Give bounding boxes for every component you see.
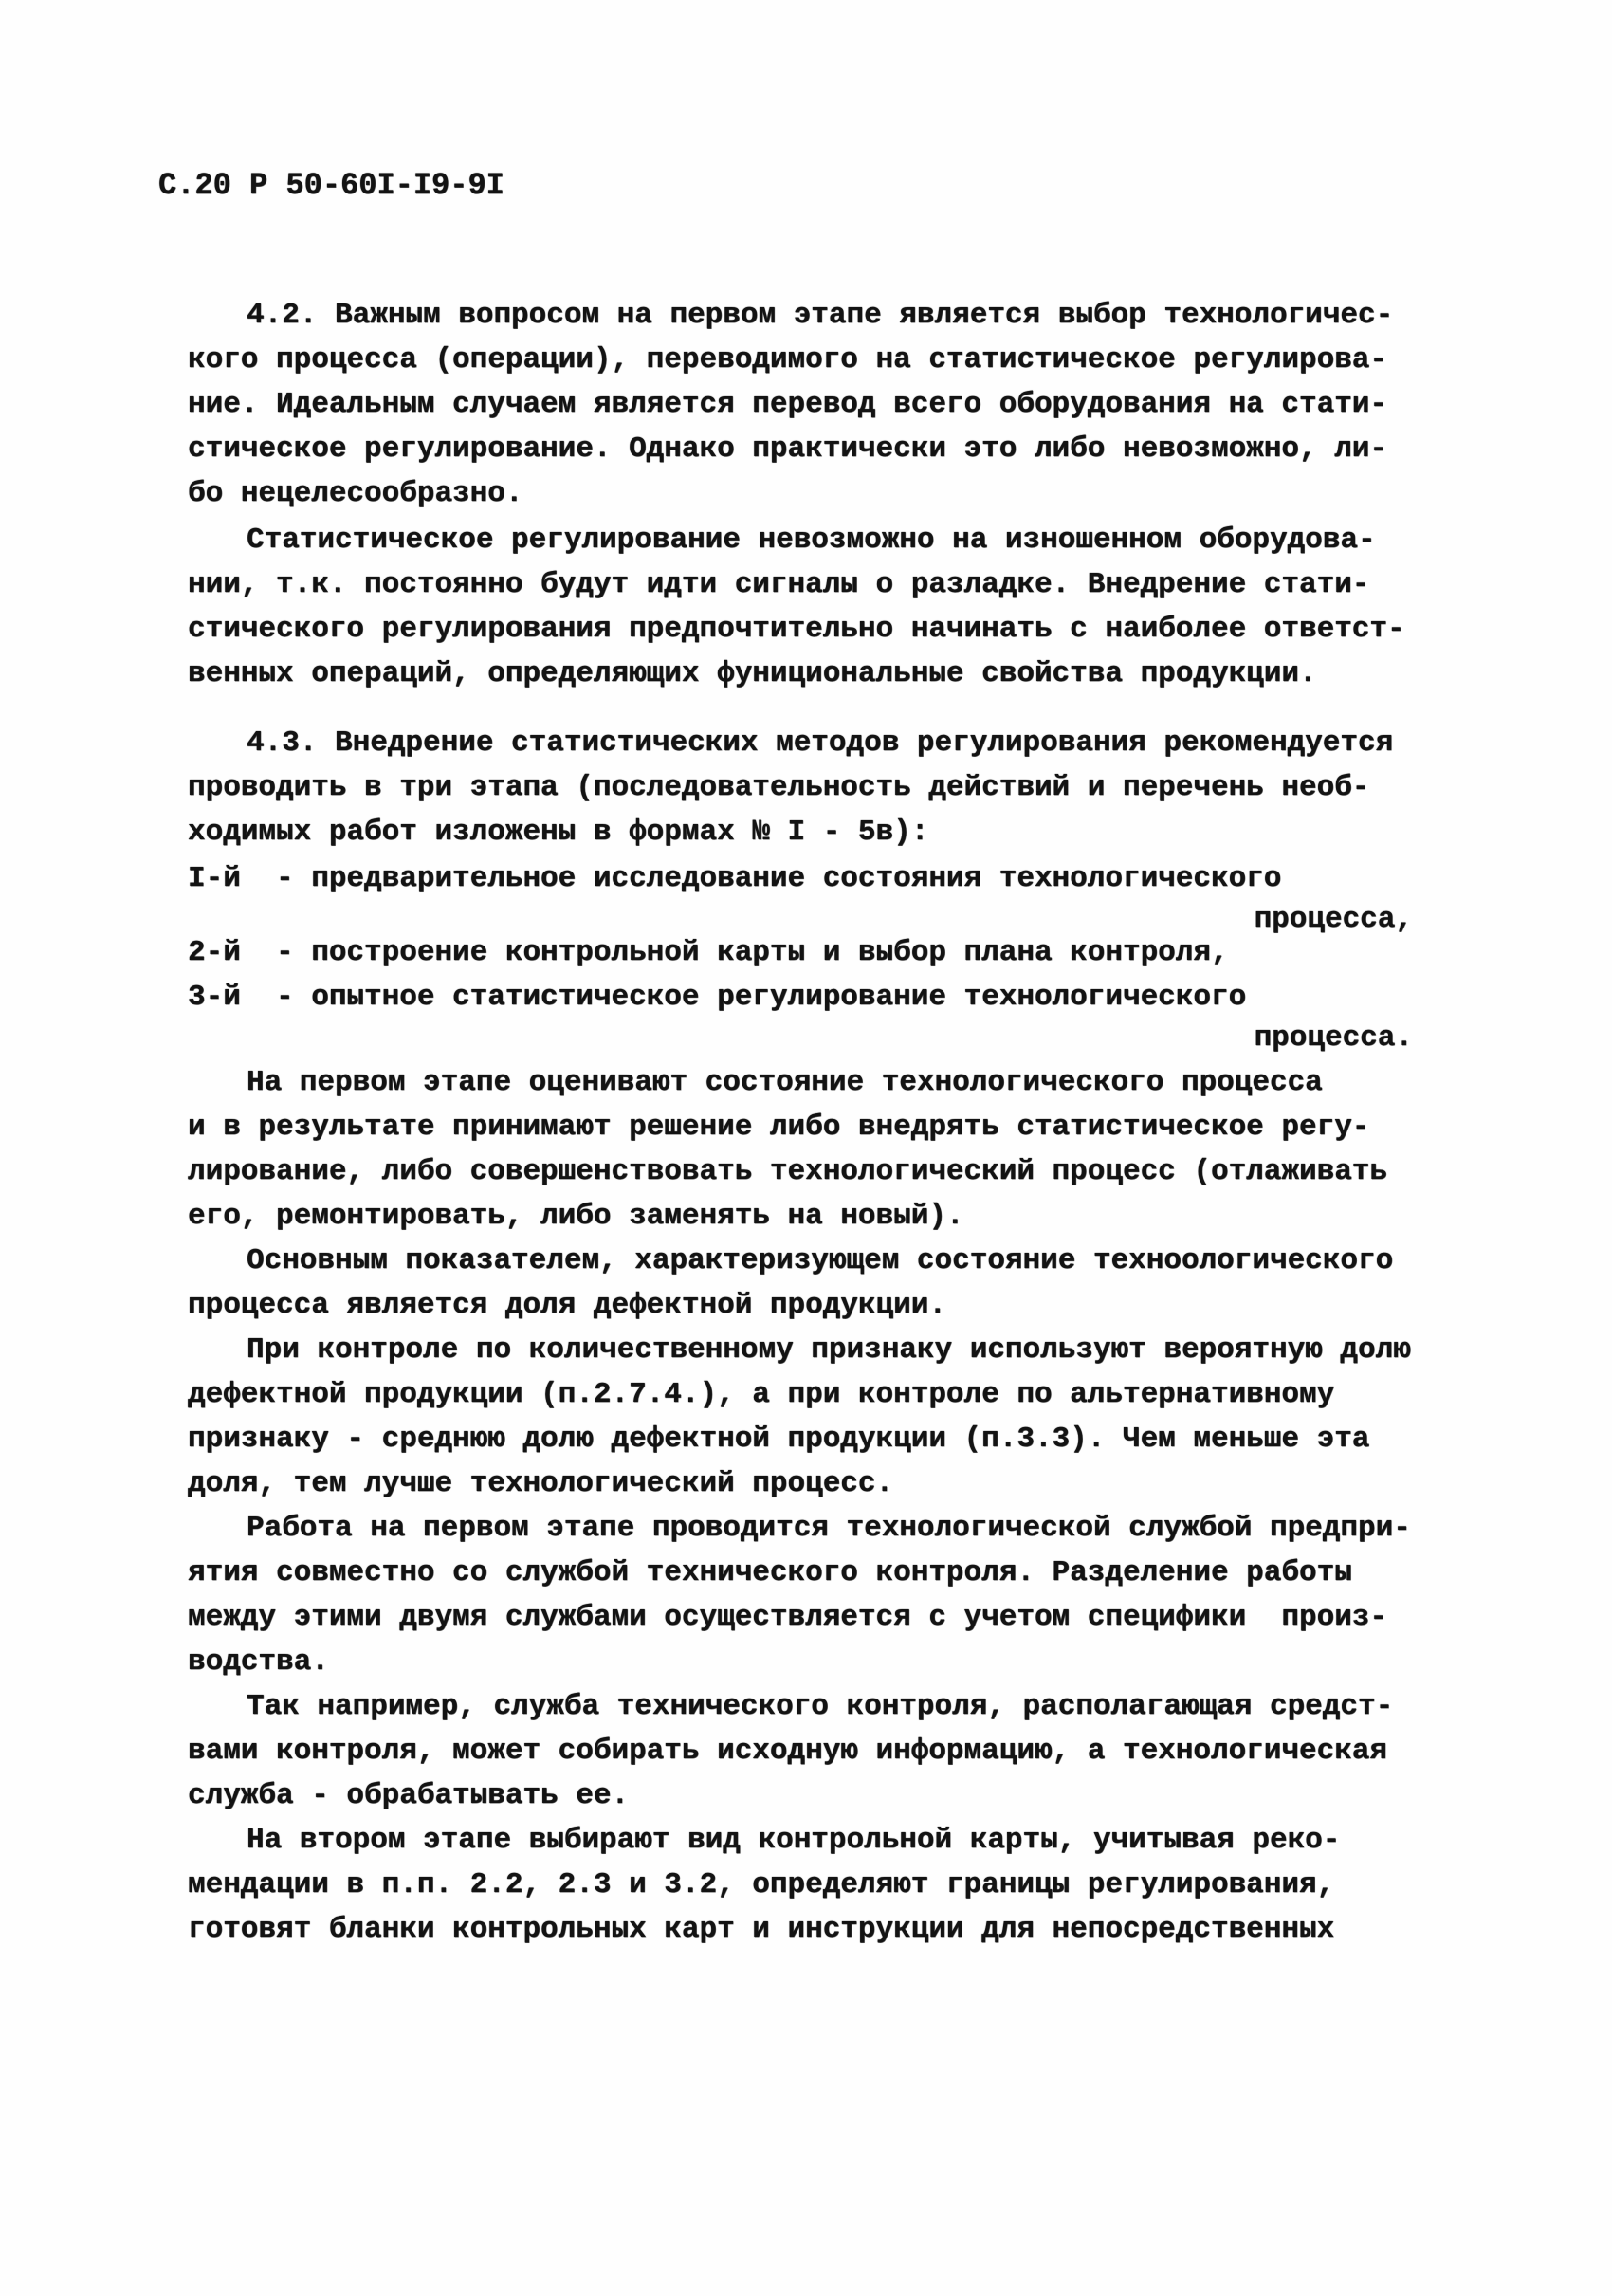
text-body: 4.2. Важным вопросом на первом этапе явл… (0, 0, 1612, 2296)
text-line: нии, т.к. постоянно будут идти сигналы о… (188, 566, 1449, 604)
text-line: 4.2. Важным вопросом на первом этапе явл… (188, 297, 1508, 335)
text-line: стическое регулирование. Однако практиче… (188, 431, 1449, 468)
text-line: признаку - среднюю долю дефектной продук… (188, 1421, 1449, 1459)
text-line: между этими двумя службами осуществляетс… (188, 1599, 1449, 1637)
text-line: стического регулирования предпочтительно… (188, 611, 1449, 649)
text-line: готовят бланки контрольных карт и инстру… (188, 1911, 1449, 1949)
text-line: При контроле по количественному признаку… (188, 1332, 1508, 1369)
text-line: ходимых работ изложены в формах № I - 5в… (188, 814, 1449, 852)
text-line: Статистическое регулирование невозможно … (188, 522, 1508, 560)
text-line: проводить в три этапа (последовательност… (188, 769, 1449, 807)
text-line: венных операций, определяющих фуниционал… (188, 655, 1449, 693)
text-line: мендации в п.п. 2.2, 2.3 и 3.2, определя… (188, 1866, 1449, 1904)
text-line: Основным показателем, характеризующем со… (188, 1242, 1508, 1280)
text-line: На первом этапе оценивают состояние техн… (188, 1064, 1508, 1102)
text-line: водства. (188, 1644, 1449, 1681)
text-line: доля, тем лучше технологический процесс. (188, 1465, 1449, 1503)
text-line: кого процесса (операции), переводимого н… (188, 341, 1449, 379)
text-line: Работа на первом этапе проводится технол… (188, 1510, 1508, 1548)
text-line: ние. Идеальным случаем является перевод … (188, 386, 1449, 424)
text-line: служба - обрабатывать ее. (188, 1777, 1449, 1815)
text-line: процесса является доля дефектной продукц… (188, 1287, 1449, 1325)
text-line: I-й - предварительное исследование состо… (188, 860, 1449, 898)
text-line: процесса. (188, 1019, 1449, 1057)
text-line: лирование, либо совершенствовать техноло… (188, 1153, 1449, 1191)
text-line: его, ремонтировать, либо заменять на нов… (188, 1198, 1449, 1236)
text-line: На втором этапе выбирают вид контрольной… (188, 1822, 1508, 1860)
document-page: С.20 Р 50-60I-I9-9I 4.2. Важным вопросом… (0, 0, 1612, 2296)
text-line: ятия совместно со службой технического к… (188, 1554, 1449, 1592)
text-line: бо нецелесообразно. (188, 475, 1449, 513)
text-line: Так например, служба технического контро… (188, 1688, 1508, 1726)
text-line: и в результате принимают решение либо вн… (188, 1109, 1449, 1147)
text-line: вами контроля, может собирать исходную и… (188, 1733, 1449, 1771)
text-line: дефектной продукции (п.2.7.4.), а при ко… (188, 1376, 1449, 1414)
text-line: 4.3. Внедрение статистических методов ре… (188, 725, 1508, 762)
text-line: процесса, (188, 901, 1449, 939)
text-line: 3-й - опытное статистическое регулирован… (188, 979, 1449, 1017)
text-line: 2-й - построение контрольной карты и выб… (188, 934, 1449, 972)
